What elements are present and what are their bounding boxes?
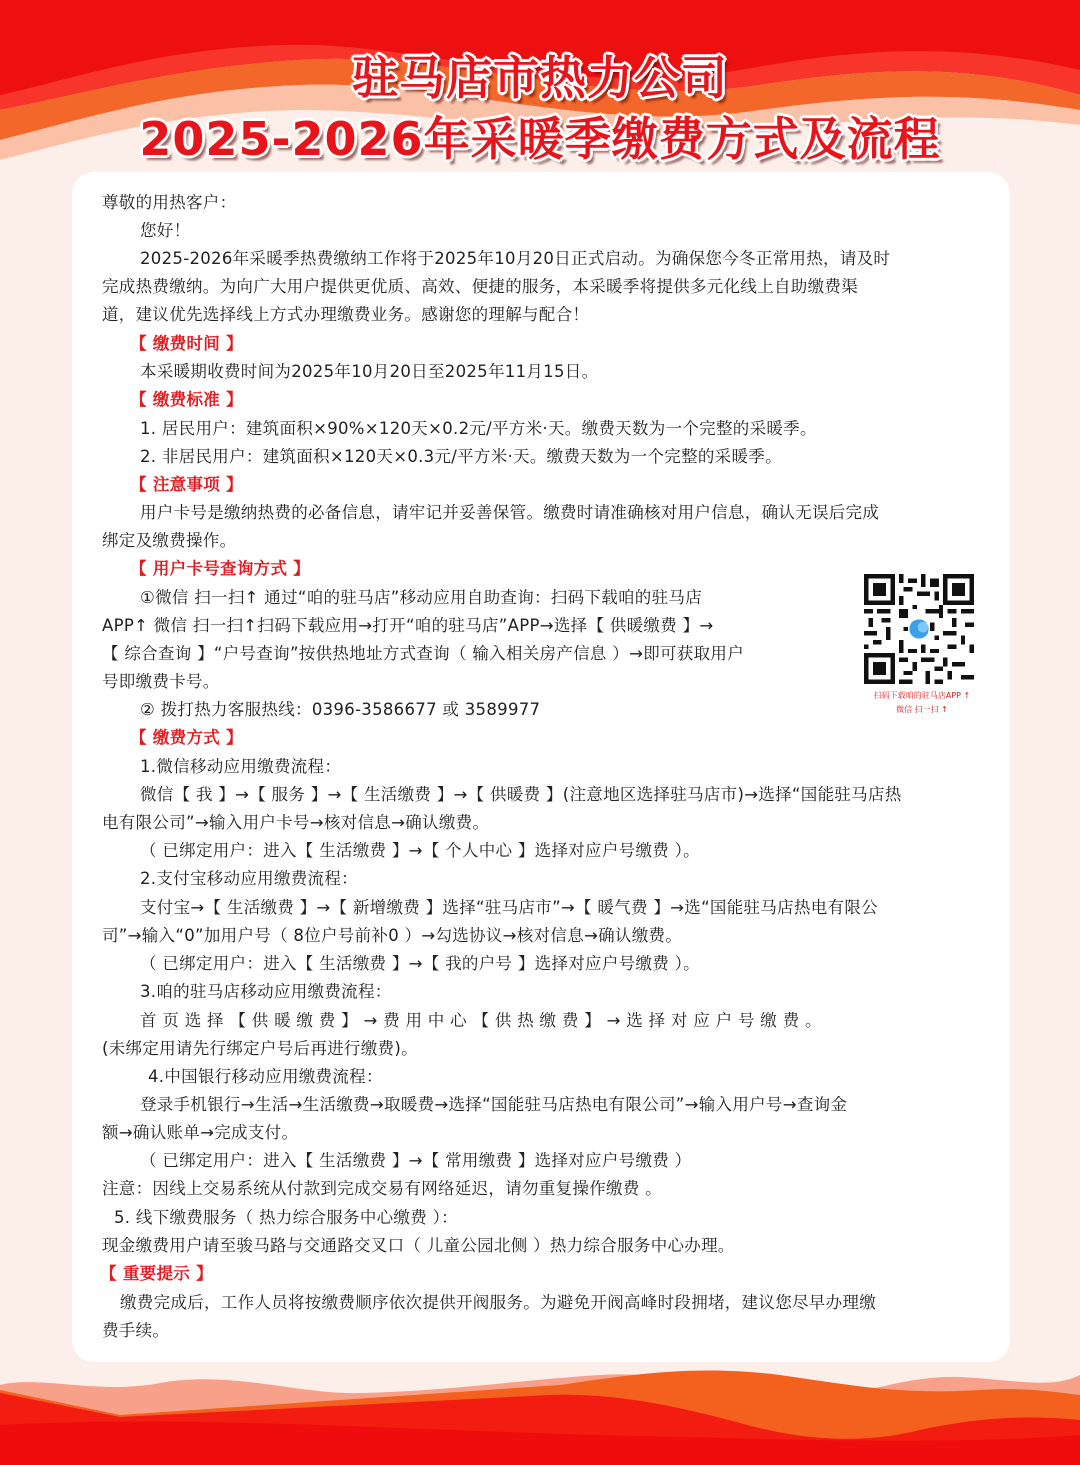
- important-line: 缴费完成后，工作人员将按缴费顺序依次提供开阀服务。为避免开阀高峰时段拥堵，建议您…: [120, 1292, 876, 1314]
- query-line: 号即缴费卡号。: [102, 671, 220, 693]
- important-line: 费手续。: [102, 1320, 169, 1342]
- method-step: 微信【 我 】→【 服务 】→【 生活缴费 】→【 供暖费 】(注意地区选择驻马…: [140, 784, 902, 806]
- method-title-alipay: 2.支付宝移动应用缴费流程：: [140, 868, 358, 890]
- notice-line: 用户卡号是缴纳热费的必备信息，请牢记并妥善保管。缴费时请准确核对用户信息，确认无…: [140, 502, 879, 524]
- method-bound-note: （ 已绑定用户：进入【 生活缴费 】→【 我的户号 】选择对应户号缴费 ）。: [140, 953, 700, 975]
- qr-caption: 扫码下载咱的驻马店APP ↑: [852, 690, 992, 701]
- notice-line: 绑定及缴费操作。: [102, 530, 236, 552]
- method-title-boc: 4.中国银行移动应用缴费流程：: [148, 1066, 383, 1088]
- section-heading-important: 【 重要提示 】: [100, 1263, 213, 1285]
- greeting: 尊敬的用热客户：: [102, 192, 236, 214]
- qr-caption: 微信 扫一扫 ↑: [852, 704, 992, 715]
- page-title-season: 2025-2026年采暖季缴费方式及流程: [0, 103, 1080, 169]
- payment-time-text: 本采暖期收费时间为2025年10月20日至2025年11月15日。: [140, 361, 598, 383]
- query-line: APP↑ 微信 扫一扫↑扫码下载应用→打开“咱的驻马店”APP→选择【 供暖缴费…: [102, 615, 713, 637]
- method-step: 额→确认账单→完成支付。: [102, 1122, 298, 1144]
- section-heading-payment-time: 【 缴费时间 】: [130, 333, 243, 355]
- method-step: (未绑定用请先行绑定户号后再进行缴费)。: [102, 1038, 418, 1060]
- page-title-company: 驻马店市热力公司: [0, 42, 1080, 108]
- standard-non-residential: 2. 非居民用户：建筑面积×120天×0.3元/平方米·天。缴费天数为一个完整的…: [140, 446, 782, 468]
- query-line: 【 综合查询 】“户号查询”按供热地址方式查询（ 输入相关房产信息 ）→即可获取…: [102, 643, 744, 665]
- offline-address: 现金缴费用户请至骏马路与交通路交叉口（ 儿童公园北侧 ）热力综合服务中心办理。: [102, 1235, 735, 1257]
- section-heading-notice: 【 注意事项 】: [130, 474, 243, 496]
- method-bound-note: （ 已绑定用户：进入【 生活缴费 】→【 个人中心 】选择对应户号缴费 ）。: [140, 840, 700, 862]
- section-heading-payment-methods: 【 缴费方式 】: [130, 727, 243, 749]
- hello: 您好！: [140, 220, 190, 242]
- method-bound-note: （ 已绑定用户：进入【 生活缴费 】→【 常用缴费 】选择对应户号缴费 ）: [140, 1150, 691, 1172]
- section-heading-payment-standard: 【 缴费标准 】: [130, 389, 243, 411]
- network-delay-notice: 注意：因线上交易系统从付款到完成交易有网络延迟，请勿重复操作缴费 。: [102, 1178, 662, 1200]
- method-title-zan-zhumadian: 3.咱的驻马店移动应用缴费流程：: [140, 981, 392, 1003]
- standard-residential: 1. 居民用户：建筑面积×90%×120天×0.2元/平方米·天。缴费天数为一个…: [140, 418, 817, 440]
- notice-card: 尊敬的用热客户： 您好！ 2025-2026年采暖季热费缴纳工作将于2025年1…: [72, 172, 1010, 1362]
- section-heading-card-query: 【 用户卡号查询方式 】: [130, 558, 310, 580]
- intro-paragraph-line: 2025-2026年采暖季热费缴纳工作将于2025年10月20日正式启动。为确保…: [140, 248, 890, 270]
- method-step: 首 页 选 择 【 供 暖 缴 费 】 → 费 用 中 心 【 供 热 缴 费 …: [140, 1010, 822, 1032]
- method-title-offline: 5. 线下缴费服务（ 热力综合服务中心缴费 ）：: [114, 1207, 458, 1229]
- method-step: 电有限公司”→输入用户卡号→核对信息→确认缴费。: [102, 812, 489, 834]
- intro-paragraph-line: 道，建议优先选择线上方式办理缴费业务。感谢您的理解与配合！: [102, 304, 589, 326]
- method-step: 支付宝→【 生活缴费 】→【 新增缴费 】选择“驻马店市”→【 暖气费 】→选“…: [140, 897, 878, 919]
- method-title-wechat: 1.微信移动应用缴费流程：: [140, 756, 341, 778]
- hotline-text: ② 拨打热力客服热线：0396-3586677 或 3589977: [140, 699, 540, 721]
- query-line: ①微信 扫一扫↑ 通过“咱的驻马店”移动应用自助查询：扫码下载咱的驻马店: [140, 587, 702, 609]
- method-step: 登录手机银行→生活→生活缴费→取暖费→选择“国能驻马店热电有限公司”→输入用户号…: [140, 1094, 847, 1116]
- intro-paragraph-line: 完成热费缴纳。为向广大用户提供更优质、高效、便捷的服务，本采暖季将提供多元化线上…: [102, 276, 858, 298]
- method-step: 司”→输入“0”加用户号（ 8位户号前补0 ）→勾选协议→核对信息→确认缴费。: [102, 925, 682, 947]
- qr-code-icon[interactable]: [864, 574, 974, 684]
